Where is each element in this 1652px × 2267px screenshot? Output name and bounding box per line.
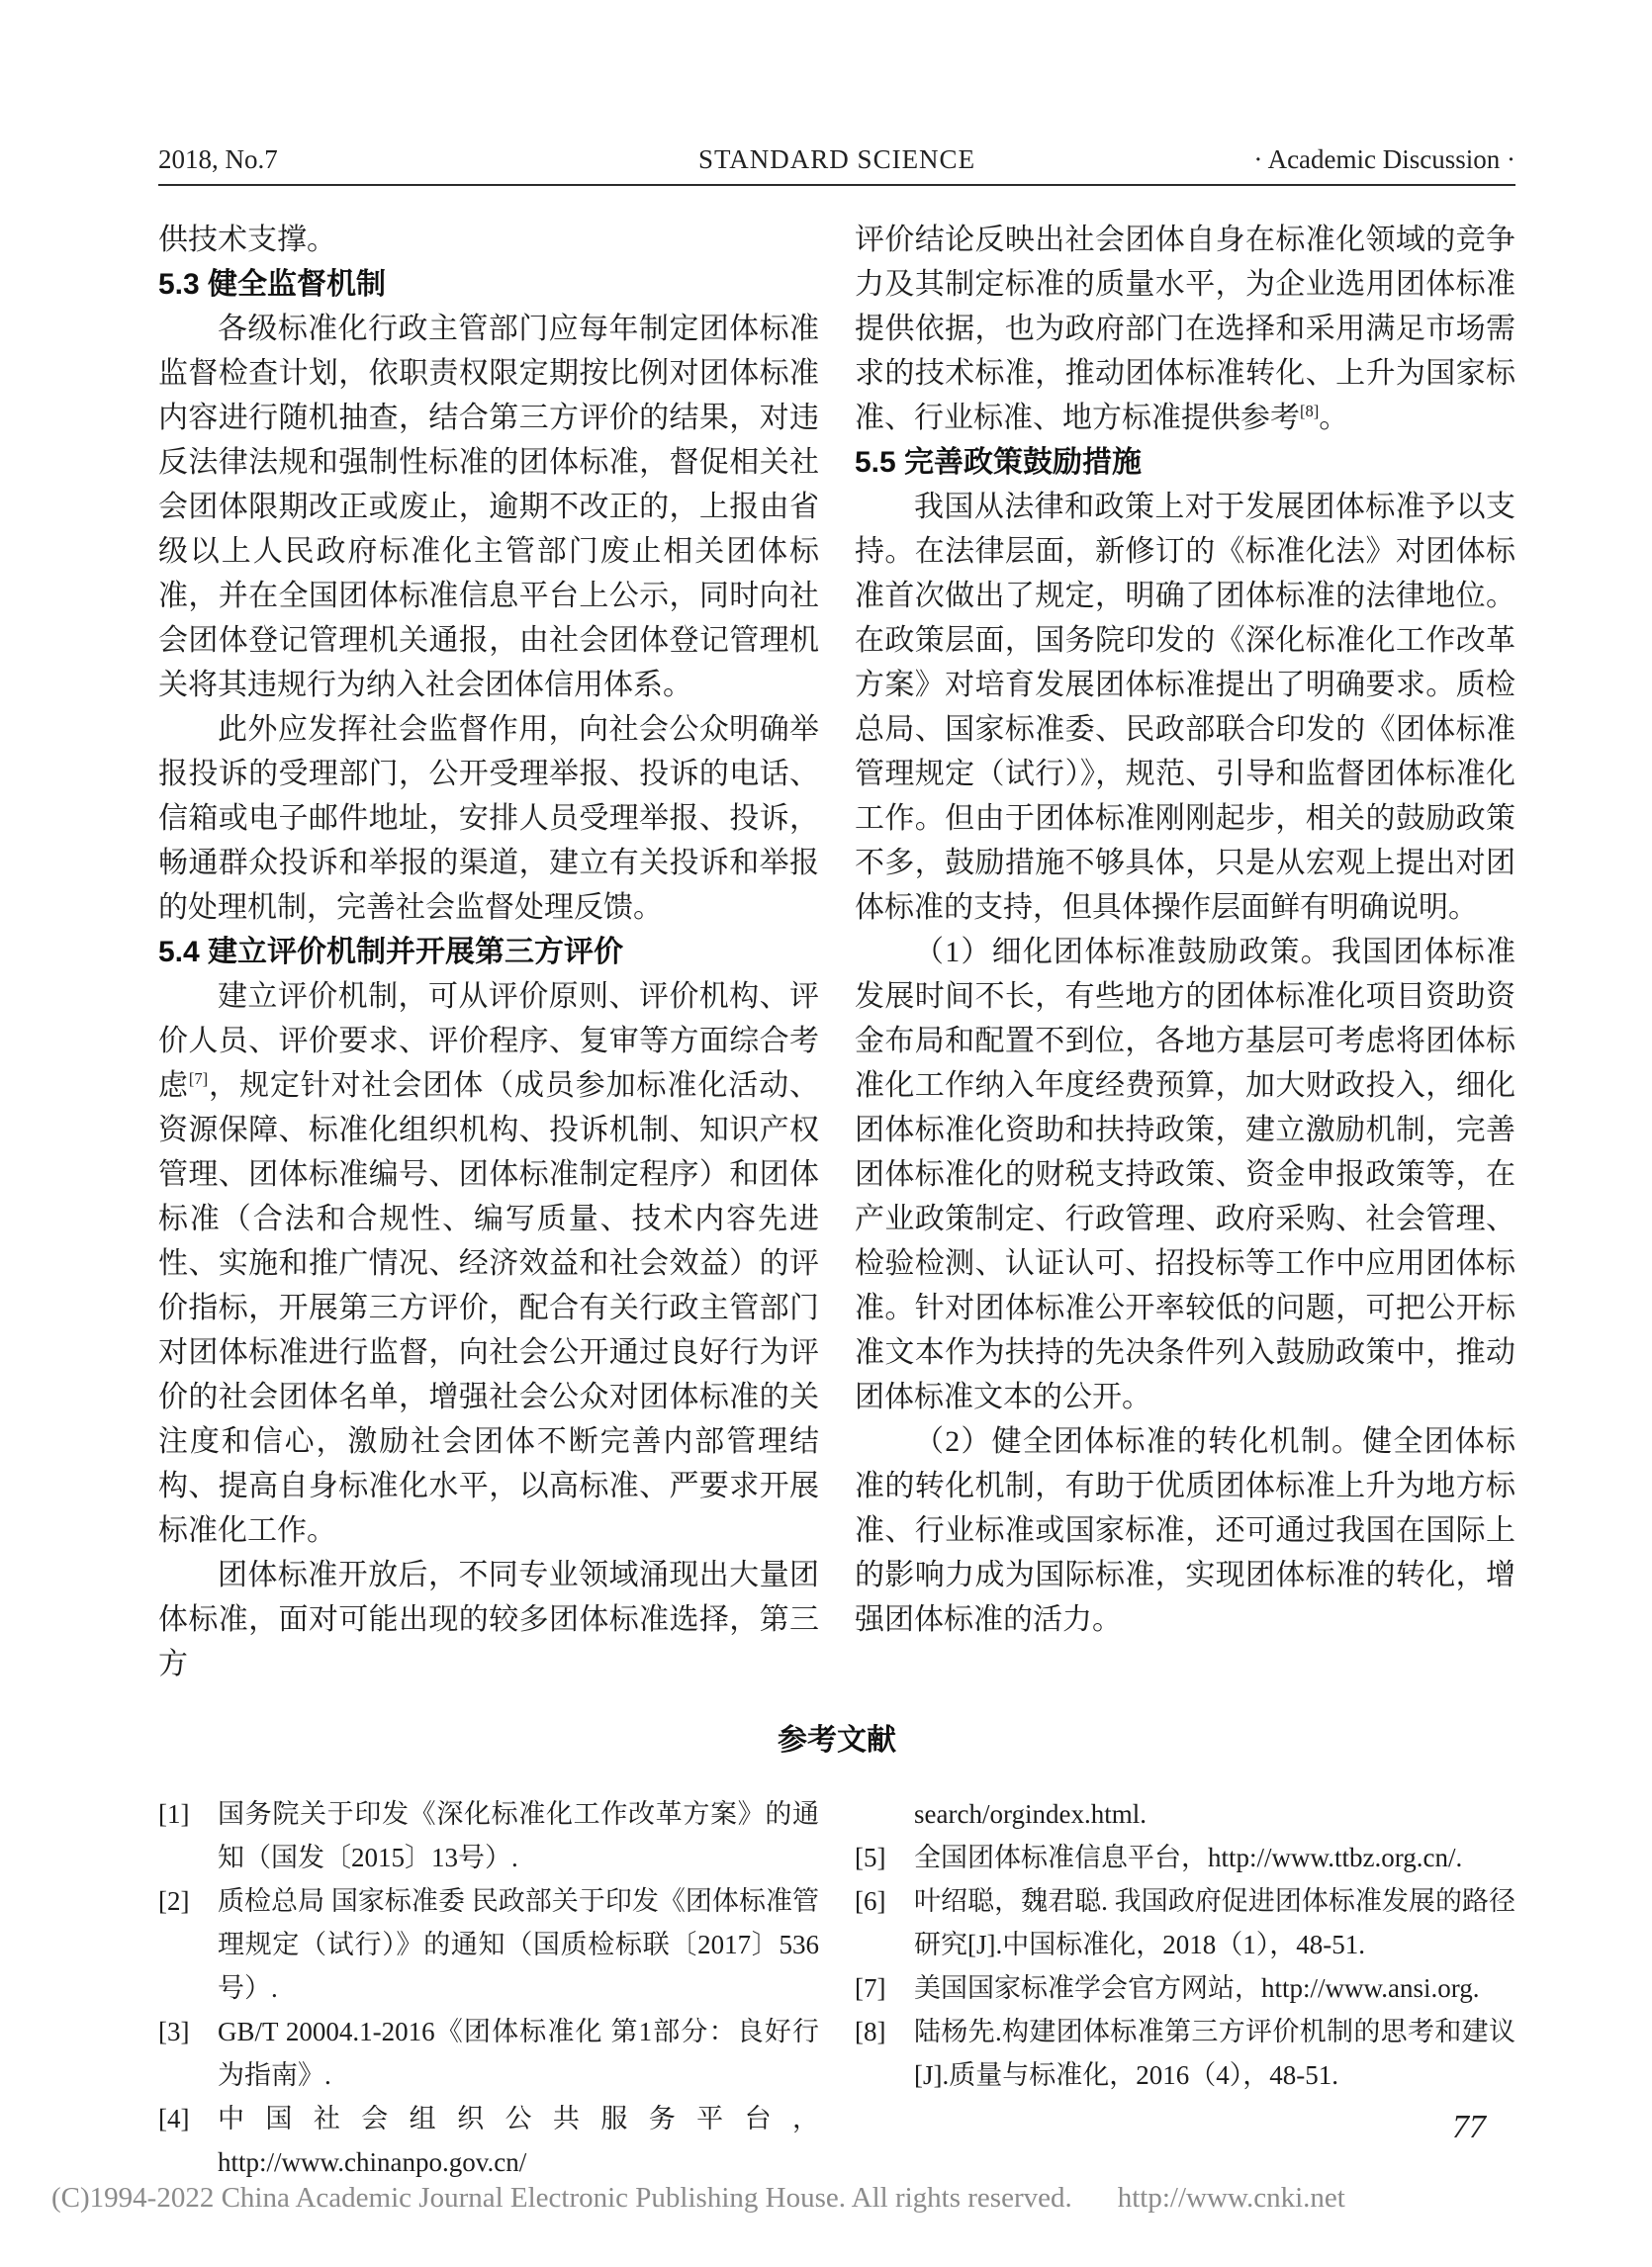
paragraph: 团体标准开放后，不同专业领域涌现出大量团体标准，面对可能出现的较多团体标准选择，… — [158, 1553, 819, 1686]
references-column-right: search/orgindex.html.[5]全国团体标准信息平台，http:… — [855, 1792, 1515, 2184]
reference-item: search/orgindex.html. — [855, 1792, 1515, 1836]
paragraph: 我国从法律和政策上对于发展团体标准予以支持。在法律层面，新修订的《标准化法》对团… — [855, 485, 1515, 930]
reference-text: 美国国家标准学会官方网站，http://www.ansi.org. — [914, 1966, 1515, 2010]
reference-text: 中国社会组织公共服务平台，http://www.chinanpo.gov.cn/ — [218, 2097, 819, 2184]
journal-page: 2018, No.7 STANDARD SCIENCE · Academic D… — [0, 0, 1652, 2267]
paragraph: 各级标准化行政主管部门应每年制定团体标准监督检查计划，依职责权限定期按比例对团体… — [158, 307, 819, 707]
paragraph: （2）健全团体标准的转化机制。健全团体标准的转化机制，有助于优质团体标准上升为地… — [855, 1419, 1515, 1642]
references-column-left: [1]国务院关于印发《深化标准化工作改革方案》的通知（国发〔2015〕13号）.… — [158, 1792, 819, 2184]
citation-superscript: [7] — [189, 1069, 208, 1088]
text-run: 评价结论反映出社会团体自身在标准化领域的竞争力及其制定标准的质量水平，为企业选用… — [855, 224, 1515, 434]
issue-label: 2018, No.7 — [158, 144, 698, 175]
reference-text: 叶绍聪，魏君聪. 我国政府促进团体标准发展的路径研究[J].中国标准化，2018… — [914, 1879, 1515, 1966]
reference-label: [7] — [855, 1966, 914, 2010]
reference-text: 全国团体标准信息平台，http://www.ttbz.org.cn/. — [914, 1836, 1515, 1879]
reference-label: [2] — [158, 1879, 218, 2010]
reference-item: [1]国务院关于印发《深化标准化工作改革方案》的通知（国发〔2015〕13号）. — [158, 1792, 819, 1879]
section-heading: 5.4 建立评价机制并开展第三方评价 — [158, 930, 819, 974]
reference-text: 质检总局 国家标准委 民政部关于印发《团体标准管理规定（试行）》的通知（国质检标… — [218, 1879, 819, 2010]
reference-label: [6] — [855, 1879, 914, 1966]
reference-text: GB/T 20004.1-2016《团体标准化 第1部分：良好行为指南》. — [218, 2010, 819, 2097]
text-run: ，规定针对社会团体（成员参加标准化活动、资源保障、标准化组织机构、投诉机制、知识… — [158, 1069, 819, 1547]
text-run: 供技术支撑。 — [158, 224, 336, 256]
article-body: 供技术支撑。5.3 健全监督机制各级标准化行政主管部门应每年制定团体标准监督检查… — [158, 218, 1515, 1686]
reference-item: [7]美国国家标准学会官方网站，http://www.ansi.org. — [855, 1966, 1515, 2010]
reference-label — [855, 1792, 914, 1836]
journal-title: STANDARD SCIENCE — [698, 144, 975, 175]
reference-item: [3]GB/T 20004.1-2016《团体标准化 第1部分：良好行为指南》. — [158, 2010, 819, 2097]
section-heading: 5.5 完善政策鼓励措施 — [855, 440, 1515, 485]
page-number: 77 — [1452, 2109, 1486, 2146]
text-run: （1）细化团体标准鼓励政策。我国团体标准发展时间不长，有些地方的团体标准化项目资… — [855, 936, 1515, 1413]
paragraph: （1）细化团体标准鼓励政策。我国团体标准发展时间不长，有些地方的团体标准化项目资… — [855, 930, 1515, 1419]
reference-item: [6]叶绍聪，魏君聪. 我国政府促进团体标准发展的路径研究[J].中国标准化，2… — [855, 1879, 1515, 1966]
text-run: （2）健全团体标准的转化机制。健全团体标准的转化机制，有助于优质团体标准上升为地… — [855, 1425, 1515, 1636]
reference-item: [5]全国团体标准信息平台，http://www.ttbz.org.cn/. — [855, 1836, 1515, 1879]
section-label: · Academic Discussion · — [975, 144, 1515, 175]
reference-label: [5] — [855, 1836, 914, 1879]
references-title: 参考文献 — [158, 1723, 1515, 1759]
section-heading: 5.3 健全监督机制 — [158, 262, 819, 307]
paragraph: 建立评价机制，可从评价原则、评价机构、评价人员、评价要求、评价程序、复审等方面综… — [158, 974, 819, 1553]
reference-text: 国务院关于印发《深化标准化工作改革方案》的通知（国发〔2015〕13号）. — [218, 1792, 819, 1879]
article-column-right: 评价结论反映出社会团体自身在标准化领域的竞争力及其制定标准的质量水平，为企业选用… — [855, 218, 1515, 1686]
paragraph: 供技术支撑。 — [158, 218, 819, 262]
references-columns: [1]国务院关于印发《深化标准化工作改革方案》的通知（国发〔2015〕13号）.… — [158, 1792, 1515, 2184]
reference-label: [4] — [158, 2097, 218, 2184]
paragraph: 评价结论反映出社会团体自身在标准化领域的竞争力及其制定标准的质量水平，为企业选用… — [855, 218, 1515, 440]
reference-item: [8]陆杨先.构建团体标准第三方评价机制的思考和建议[J].质量与标准化，201… — [855, 2010, 1515, 2097]
footer-url: http://www.cnki.net — [1118, 2182, 1345, 2214]
citation-superscript: [8] — [1300, 402, 1319, 420]
text-run: 团体标准开放后，不同专业领域涌现出大量团体标准，面对可能出现的较多团体标准选择，… — [158, 1559, 819, 1680]
reference-item: [2]质检总局 国家标准委 民政部关于印发《团体标准管理规定（试行）》的通知（国… — [158, 1879, 819, 2010]
reference-label: [8] — [855, 2010, 914, 2097]
footer-copyright-line: (C)1994-2022 China Academic Journal Elec… — [51, 2182, 1595, 2215]
reference-label: [1] — [158, 1792, 218, 1879]
header-divider — [158, 184, 1515, 186]
running-header: 2018, No.7 STANDARD SCIENCE · Academic D… — [158, 144, 1515, 175]
footer-copyright: (C)1994-2022 China Academic Journal Elec… — [51, 2182, 1072, 2214]
text-run: 各级标准化行政主管部门应每年制定团体标准监督检查计划，依职责权限定期按比例对团体… — [158, 313, 819, 701]
article-column-left: 供技术支撑。5.3 健全监督机制各级标准化行政主管部门应每年制定团体标准监督检查… — [158, 218, 819, 1686]
reference-label: [3] — [158, 2010, 218, 2097]
reference-text: search/orgindex.html. — [914, 1792, 1515, 1836]
text-run: 我国从法律和政策上对于发展团体标准予以支持。在法律层面，新修订的《标准化法》对团… — [855, 491, 1515, 924]
text-run: 。 — [1319, 402, 1348, 434]
text-run: 此外应发挥社会监督作用，向社会公众明确举报投诉的受理部门，公开受理举报、投诉的电… — [158, 713, 819, 924]
references-section: 参考文献 [1]国务院关于印发《深化标准化工作改革方案》的通知（国发〔2015〕… — [158, 1723, 1515, 2184]
reference-item: [4]中国社会组织公共服务平台，http://www.chinanpo.gov.… — [158, 2097, 819, 2184]
reference-text: 陆杨先.构建团体标准第三方评价机制的思考和建议[J].质量与标准化，2016（4… — [914, 2010, 1515, 2097]
paragraph: 此外应发挥社会监督作用，向社会公众明确举报投诉的受理部门，公开受理举报、投诉的电… — [158, 707, 819, 930]
